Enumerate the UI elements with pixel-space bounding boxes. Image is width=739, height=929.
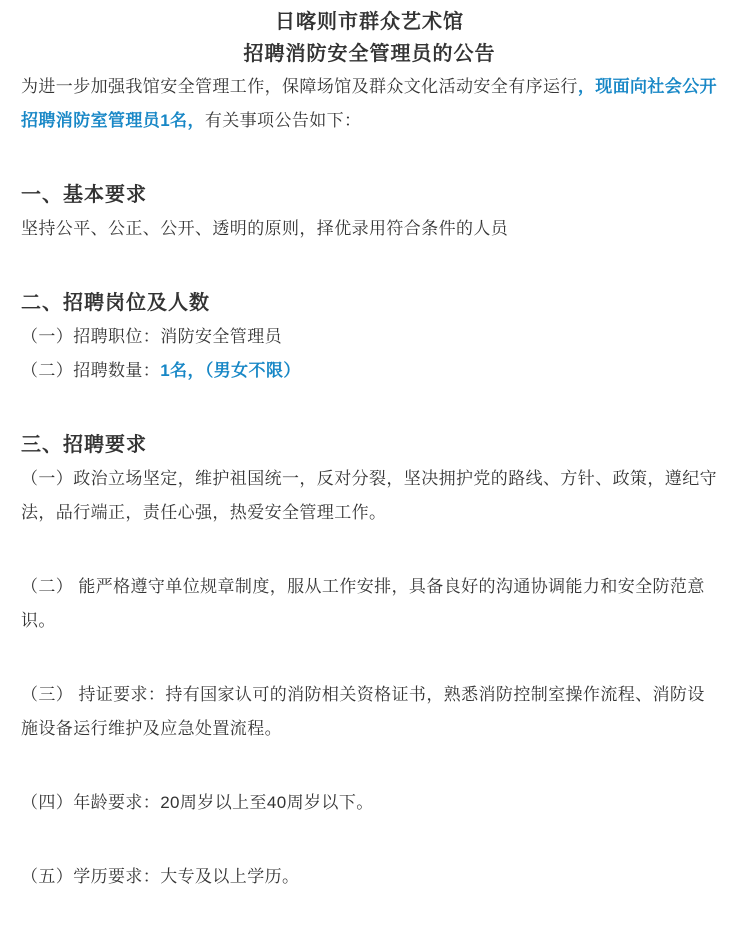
body-text: 有关事项公告如下： — [205, 111, 362, 130]
body-text: （一）招聘职位：消防安全管理员 — [21, 327, 282, 346]
doc-title-line-1: 日喀则市群众艺术馆 — [21, 6, 718, 38]
body-text: （四）年龄要求：20周岁以上至40周岁以下。 — [21, 793, 374, 812]
intro-paragraph: 为进一步加强我馆安全管理工作，保障场馆及群众文化活动安全有序运行，现面向社会公开… — [21, 70, 718, 138]
paragraph: （一）政治立场坚定，维护祖国统一，反对分裂，坚决拥护党的路线、方针、政策，遵纪守… — [21, 462, 718, 530]
body-text: （三） 持证要求：持有国家认可的消防相关资格证书，熟悉消防控制室操作流程、消防设… — [21, 685, 705, 738]
announcement-document: 日喀则市群众艺术馆 招聘消防安全管理员的公告 为进一步加强我馆安全管理工作，保障… — [0, 0, 739, 894]
body-text: （一）政治立场坚定，维护祖国统一，反对分裂，坚决拥护党的路线、方针、政策，遵纪守… — [21, 469, 717, 522]
paragraph: （二） 能严格遵守单位规章制度，服从工作安排，具备良好的沟通协调能力和安全防范意… — [21, 570, 718, 638]
doc-title-line-2: 招聘消防安全管理员的公告 — [21, 38, 718, 70]
paragraph: （一）招聘职位：消防安全管理员 — [21, 320, 718, 354]
section-heading: 一、基本要求 — [21, 178, 718, 212]
highlighted-text: 1名，（男女不限） — [160, 361, 301, 380]
paragraph: （三） 持证要求：持有国家认可的消防相关资格证书，熟悉消防控制室操作流程、消防设… — [21, 678, 718, 746]
section-heading: 三、招聘要求 — [21, 428, 718, 462]
body-text: （二） 能严格遵守单位规章制度，服从工作安排，具备良好的沟通协调能力和安全防范意… — [21, 577, 705, 630]
paragraph: （五）学历要求：大专及以上学历。 — [21, 860, 718, 894]
paragraph: （四）年龄要求：20周岁以上至40周岁以下。 — [21, 786, 718, 820]
sections-container: 一、基本要求坚持公平、公正、公开、透明的原则，择优录用符合条件的人员二、招聘岗位… — [21, 178, 718, 894]
paragraph: 坚持公平、公正、公开、透明的原则，择优录用符合条件的人员 — [21, 212, 718, 246]
body-text: （五）学历要求：大专及以上学历。 — [21, 867, 299, 886]
body-text: 为进一步加强我馆安全管理工作，保障场馆及群众文化活动安全有序运行 — [21, 77, 578, 96]
body-text: 坚持公平、公正、公开、透明的原则，择优录用符合条件的人员 — [21, 219, 508, 238]
body-text: （二）招聘数量： — [21, 361, 160, 380]
paragraph: （二）招聘数量：1名，（男女不限） — [21, 354, 718, 388]
section-heading: 二、招聘岗位及人数 — [21, 286, 718, 320]
